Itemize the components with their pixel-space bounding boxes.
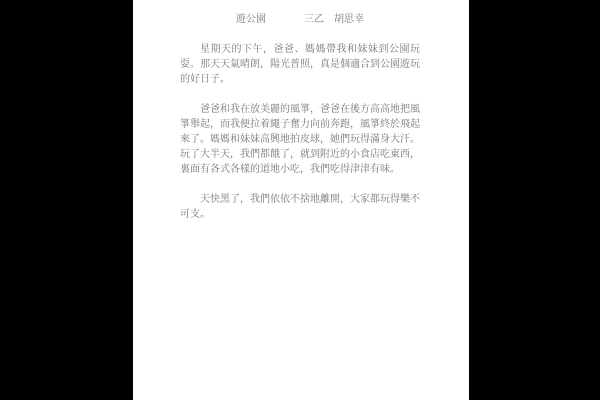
essay-header: 遊公園 三乙 胡思幸 — [180, 12, 420, 27]
student-class: 三乙 — [304, 12, 324, 27]
letterboxed-viewer: 遊公園 三乙 胡思幸 星期天的下午，爸爸、媽媽帶我和妹妹到公園玩耍。那天天氣晴朗… — [0, 0, 600, 400]
essay-paragraph: 爸爸和我在放美麗的風箏，爸爸在後方高高地把風箏舉起，而我便拉着繩子奮力向前奔跑，… — [180, 102, 420, 177]
essay-paragraph: 天快黑了，我們依依不捨地離開，大家都玩得樂不可支。 — [180, 192, 420, 222]
student-name: 胡思幸 — [334, 12, 364, 27]
document-page: 遊公園 三乙 胡思幸 星期天的下午，爸爸、媽媽帶我和妹妹到公園玩耍。那天天氣晴朗… — [133, 0, 469, 400]
essay-title: 遊公園 — [236, 12, 266, 27]
essay-content: 遊公園 三乙 胡思幸 星期天的下午，爸爸、媽媽帶我和妹妹到公園玩耍。那天天氣晴朗… — [180, 12, 420, 222]
essay-paragraph: 星期天的下午，爸爸、媽媽帶我和妹妹到公園玩耍。那天天氣晴朗，陽光普照，真是個適合… — [180, 42, 420, 87]
